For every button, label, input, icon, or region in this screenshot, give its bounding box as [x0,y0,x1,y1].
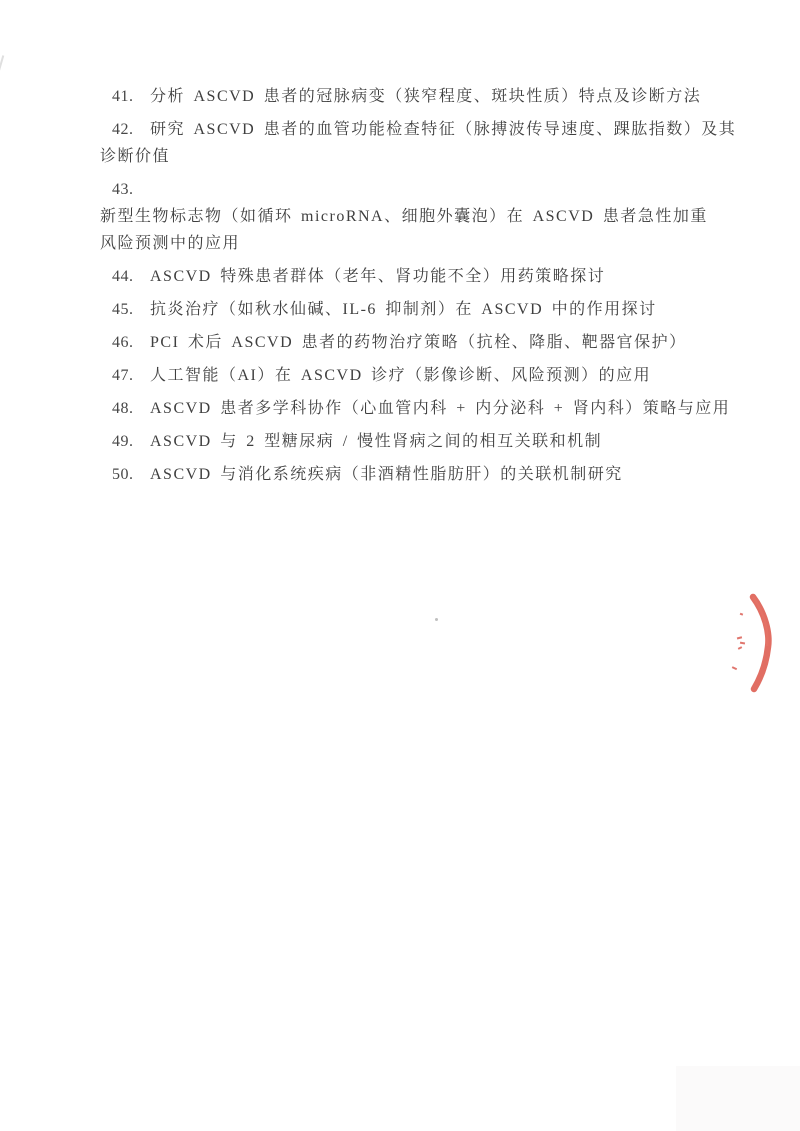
item-text: ASCVD 与消化系统疾病（非酒精性脂肪肝）的关联机制研究 [150,466,623,483]
item-number: 46. [112,329,150,356]
item-number: 49. [112,428,150,455]
item-text: 分析 ASCVD 患者的冠脉病变（狭窄程度、斑块性质）特点及诊断方法 [150,88,701,105]
item-text: 抗炎治疗（如秋水仙碱、IL-6 抑制剂）在 ASCVD 中的作用探讨 [150,301,657,318]
scan-edge-artifact [0,55,4,79]
document-page: 41.分析 ASCVD 患者的冠脉病变（狭窄程度、斑块性质）特点及诊断方法 42… [0,0,800,1131]
item-text: 研究 ASCVD 患者的血管功能检查特征（脉搏波传导速度、踝肱指数）及其 诊断价… [100,121,736,165]
list-item: 50.ASCVD 与消化系统疾病（非酒精性脂肪肝）的关联机制研究 [100,461,740,488]
item-text: ASCVD 患者多学科协作（心血管内科 + 内分泌科 + 肾内科）策略与应用 [150,400,730,417]
red-seal-partial-icon [720,585,800,705]
item-number: 48. [112,395,150,422]
list-item: 46.PCI 术后 ASCVD 患者的药物治疗策略（抗栓、降脂、靶器官保护） [100,329,740,356]
list-item: 44.ASCVD 特殊患者群体（老年、肾功能不全）用药策略探讨 [100,263,740,290]
item-text: PCI 术后 ASCVD 患者的药物治疗策略（抗栓、降脂、靶器官保护） [150,334,687,351]
list-item: 41.分析 ASCVD 患者的冠脉病变（狭窄程度、斑块性质）特点及诊断方法 [100,83,740,110]
list-item: 42.研究 ASCVD 患者的血管功能检查特征（脉搏波传导速度、踝肱指数）及其 … [100,116,740,170]
list-item: 48.ASCVD 患者多学科协作（心血管内科 + 内分泌科 + 肾内科）策略与应… [100,395,740,422]
scan-speck [435,618,438,621]
item-number: 45. [112,296,150,323]
scan-noise-patch [676,1066,800,1131]
item-text: ASCVD 特殊患者群体（老年、肾功能不全）用药策略探讨 [150,268,605,285]
list-item: 49.ASCVD 与 2 型糖尿病 / 慢性肾病之间的相互关联和机制 [100,428,740,455]
list-item: 47.人工智能（AI）在 ASCVD 诊疗（影像诊断、风险预测）的应用 [100,362,740,389]
item-text: ASCVD 与 2 型糖尿病 / 慢性肾病之间的相互关联和机制 [150,433,602,450]
list-item: 43.新型生物标志物（如循环 microRNA、细胞外囊泡）在 ASCVD 患者… [100,176,740,257]
list-item: 45.抗炎治疗（如秋水仙碱、IL-6 抑制剂）在 ASCVD 中的作用探讨 [100,296,740,323]
item-number: 42. [112,116,150,143]
item-text: 新型生物标志物（如循环 microRNA、细胞外囊泡）在 ASCVD 患者急性加… [100,208,708,252]
item-number: 41. [112,83,150,110]
topic-list: 41.分析 ASCVD 患者的冠脉病变（狭窄程度、斑块性质）特点及诊断方法 42… [100,83,740,494]
item-number: 44. [112,263,150,290]
item-number: 50. [112,461,150,488]
item-text: 人工智能（AI）在 ASCVD 诊疗（影像诊断、风险预测）的应用 [150,367,651,384]
item-number: 47. [112,362,150,389]
item-number: 43. [112,176,150,203]
